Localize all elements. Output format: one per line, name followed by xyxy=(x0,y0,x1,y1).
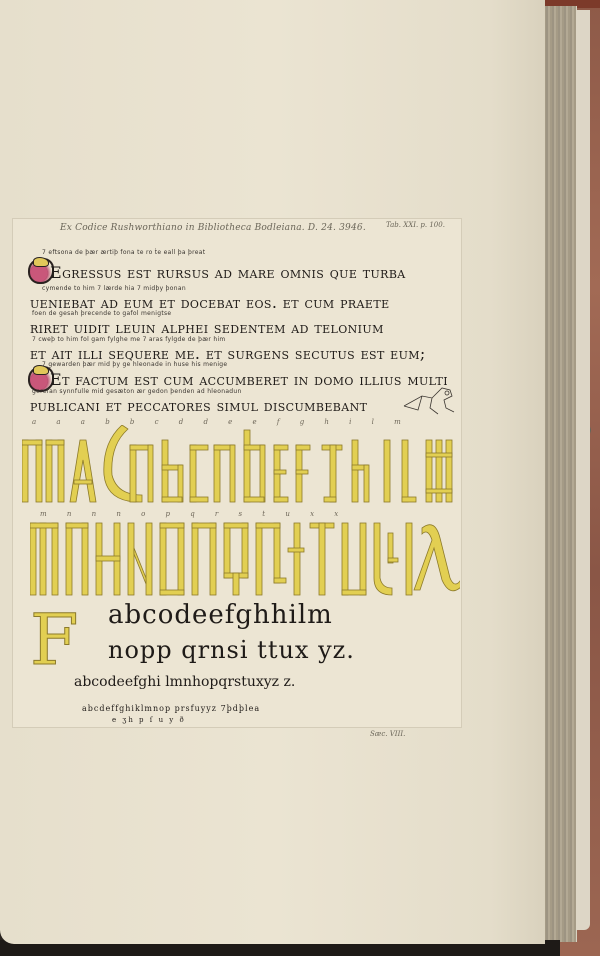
text-line-5: Et factum est cum accumberet in domo ill… xyxy=(50,370,448,389)
plate-reference: Tab. XXI. p. 100. xyxy=(386,221,445,229)
section-label: Sæc. VIII. xyxy=(370,730,405,738)
page-stack-edges xyxy=(540,6,577,942)
alphabet-line-3: abcodeefghi lmnhopqrstuxyz z. xyxy=(74,674,295,690)
yellow-capitals-row-2 xyxy=(30,518,460,598)
gloss-line-2: cymende to him 7 lærde hia 7 midþy þonan xyxy=(42,285,186,292)
yellow-capitals-row-1 xyxy=(22,425,454,505)
gloss-line-5: 7 gewarden þær mid þy ge hleonade in hus… xyxy=(42,361,227,368)
gloss-line-4: 7 cweþ to him fol gam fylghe me 7 aras f… xyxy=(32,336,226,343)
alphabet-line-4-variants: e ʒh p ſ u y ð xyxy=(112,716,186,724)
alphabet-line-1: abcodeefghhilm xyxy=(108,600,333,630)
text-line-3: riret uidit leuin alphei sedentem ad tel… xyxy=(30,318,384,337)
yellow-f-initial: F xyxy=(30,605,79,675)
gloss-line-3: foen de gesah þrecende to gafol menigtse xyxy=(32,310,171,317)
alphabet-line-2: nopp qrnsi ttux yz. xyxy=(108,636,355,664)
capitals-row2-labels: m n n n o p q r s t u x x xyxy=(40,510,347,518)
text-line-6: publicani et peccatores simul discumbeba… xyxy=(30,396,367,415)
text-line-1: Egressus est rursus ad mare omnis que tu… xyxy=(50,263,406,282)
gloss-line-6: gerefan synnfulle mid gesæton ær gedon þ… xyxy=(32,388,242,395)
bird-drawing-icon xyxy=(402,384,456,418)
page-edge xyxy=(576,10,590,930)
gloss-line-1: 7 eftsona de þær ærtiþ fona te ro ṫe eal… xyxy=(42,249,205,256)
plate-caption: Ex Codice Rushworthiano in Bibliotheca B… xyxy=(60,223,390,233)
alphabet-line-4: abcdeffghiklmnop prsfuyyz 7þdþlea xyxy=(82,704,260,713)
